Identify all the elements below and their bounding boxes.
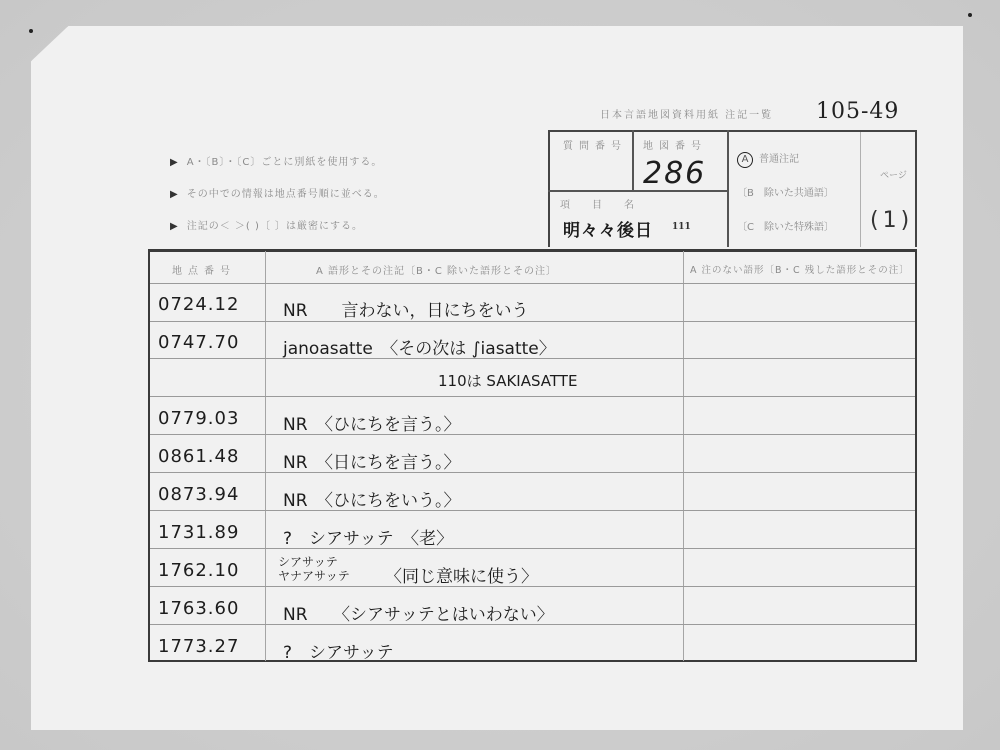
option-c: 〔C 除いた特殊語〕	[737, 218, 834, 233]
row-line	[150, 472, 915, 473]
page-number: (1)	[870, 208, 913, 233]
row-line	[150, 434, 915, 435]
column-divider	[683, 251, 684, 661]
row-line	[150, 548, 915, 549]
divider	[727, 130, 729, 247]
point-number: 0724.12	[158, 294, 239, 315]
note-text: NR 〈シアサッテとはいわない〉	[283, 600, 554, 625]
page-label: ページ	[880, 168, 907, 181]
note-word-1: シアサッテ	[278, 556, 338, 568]
triangle-bullet-icon: ▶	[170, 221, 179, 232]
question-no-label: 質問番号	[563, 137, 627, 152]
triangle-bullet-icon: ▶	[170, 189, 179, 200]
column-header-point: 地点番号	[172, 262, 236, 277]
option-a: A普通注記	[737, 150, 799, 168]
point-number: 0779.03	[158, 408, 239, 429]
instruction-1: ▶A・〔B〕・〔C〕ごとに別紙を使用する。	[170, 153, 382, 168]
row-line	[150, 283, 915, 284]
map-no-label: 地図番号	[643, 137, 707, 152]
note-text: ? シアサッテ 〈老〉	[283, 524, 453, 549]
point-number: 0873.94	[158, 484, 239, 505]
note-text: janoasatte 〈その次は ∫iasatte〉	[283, 334, 556, 359]
instruction-3: ▶注記の＜ ＞( )〔 〕は厳密にする。	[170, 217, 363, 232]
form-number: 105-49	[816, 99, 899, 124]
row-line	[150, 396, 915, 397]
note-text: 110は SAKIASATTE	[438, 370, 577, 391]
note-text: NR 〈ひにちを言う。〉	[283, 410, 461, 435]
item-name: 明々々後日	[563, 216, 653, 241]
map-no-value: 286	[643, 156, 706, 191]
note-text: NR 〈ひにちをいう。〉	[283, 486, 461, 511]
item-code: 111	[672, 222, 691, 232]
circled-a-mark: A	[737, 152, 753, 168]
row-line	[150, 321, 915, 322]
point-number: 1773.27	[158, 636, 239, 657]
column-header-b: A 注のない語形〔B・C 残した語形とその注〕	[690, 262, 910, 276]
row-line	[150, 510, 915, 511]
point-number: 1762.10	[158, 560, 239, 581]
item-label: 項目名	[560, 196, 656, 211]
note-text: 〈同じ意味に使う〉	[385, 562, 538, 587]
triangle-bullet-icon: ▶	[170, 157, 179, 168]
column-header-a: A 語形とその注記〔B・C 除いた語形とその注〕	[316, 262, 557, 277]
note-text: NR 〈日にちを言う。〉	[283, 448, 461, 473]
divider	[632, 130, 634, 191]
divider	[860, 132, 861, 247]
note-text: NR 言わない，日にちをいう	[283, 296, 529, 321]
point-number: 1731.89	[158, 522, 239, 543]
note-text: ? シアサッテ	[283, 638, 394, 663]
speck	[968, 13, 972, 17]
point-number: 0861.48	[158, 446, 239, 467]
option-b: 〔B 除いた共通語〕	[737, 184, 834, 199]
point-number: 1763.60	[158, 598, 239, 619]
instruction-2: ▶その中での情報は地点番号順に並べる。	[170, 185, 385, 200]
column-divider	[265, 251, 266, 661]
point-number: 0747.70	[158, 332, 239, 353]
form-title: 日本言語地図資料用紙 注記一覧	[600, 106, 773, 121]
note-word-2: ヤナアサッテ	[278, 570, 350, 582]
speck	[29, 29, 33, 33]
